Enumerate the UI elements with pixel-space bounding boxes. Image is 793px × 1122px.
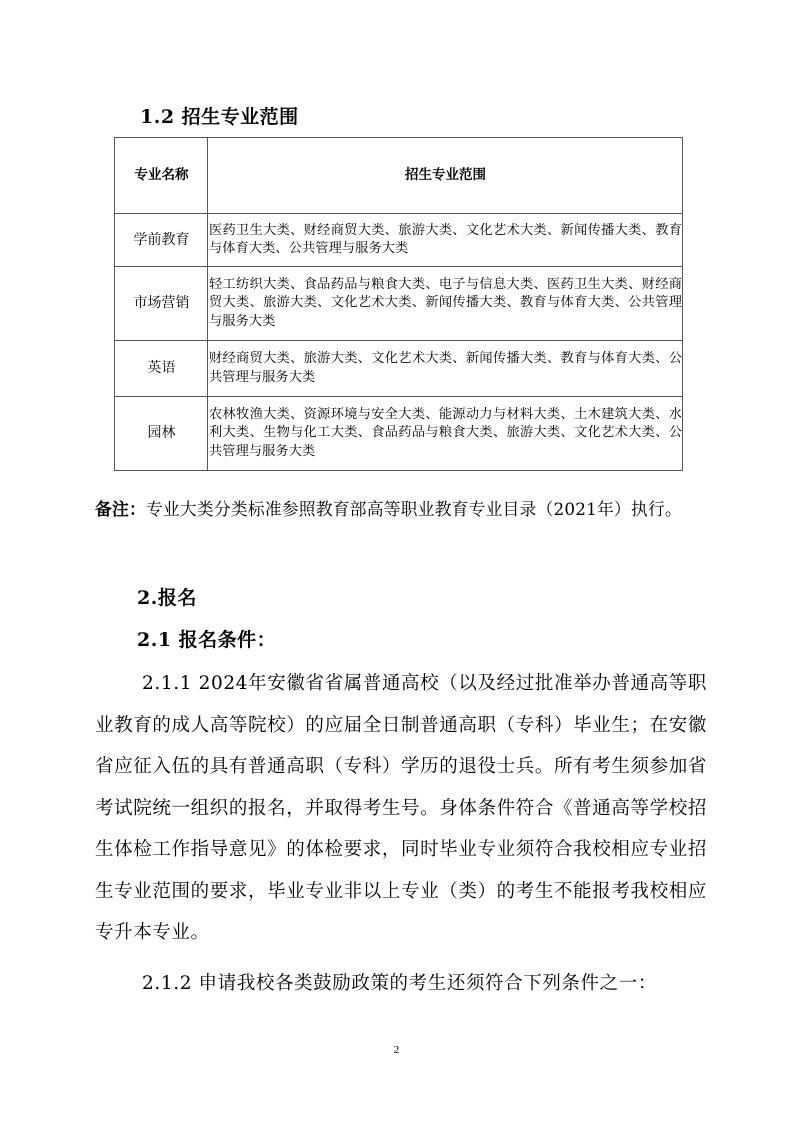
scope-cell: 医药卫生大类、财经商贸大类、旅游大类、文化艺术大类、新闻传播大类、教育与体育大类… <box>208 214 683 267</box>
table-row: 学前教育 医药卫生大类、财经商贸大类、旅游大类、文化艺术大类、新闻传播大类、教育… <box>115 214 683 267</box>
table-header-row: 专业名称 招生专业范围 <box>115 138 683 214</box>
scope-cell: 农林牧渔大类、资源环境与安全大类、能源动力与材料大类、土木建筑大类、水利大类、生… <box>208 397 683 471</box>
major-name-cell: 英语 <box>115 341 208 397</box>
paragraph-2-1-1: 2.1.1 2024年安徽省省属普通高校（以及经过批准举办普通高等职业教育的成人… <box>95 663 707 954</box>
table-row: 市场营销 轻工纺织大类、食品药品与粮食大类、电子与信息大类、医药卫生大类、财经商… <box>115 267 683 341</box>
enrollment-scope-table: 专业名称 招生专业范围 学前教育 医药卫生大类、财经商贸大类、旅游大类、文化艺术… <box>114 137 683 471</box>
section-heading-1-2: 1.2 招生专业范围 <box>140 102 299 129</box>
header-major-name: 专业名称 <box>115 138 208 214</box>
page-number: 2 <box>0 1044 793 1056</box>
table-row: 英语 财经商贸大类、旅游大类、文化艺术大类、新闻传播大类、教育与体育大类、公共管… <box>115 341 683 397</box>
scope-cell: 财经商贸大类、旅游大类、文化艺术大类、新闻传播大类、教育与体育大类、公共管理与服… <box>208 341 683 397</box>
note-label: 备注： <box>95 499 146 519</box>
section-heading-2: 2.报名 <box>137 583 197 610</box>
table-row: 园林 农林牧渔大类、资源环境与安全大类、能源动力与材料大类、土木建筑大类、水利大… <box>115 397 683 471</box>
table-note: 备注：专业大类分类标准参照教育部高等职业教育专业目录（2021年）执行。 <box>95 489 707 529</box>
major-name-cell: 学前教育 <box>115 214 208 267</box>
paragraph-2-1-2: 2.1.2 申请我校各类鼓励政策的考生还须符合下列条件之一： <box>95 963 707 1005</box>
note-text: 专业大类分类标准参照教育部高等职业教育专业目录（2021年）执行。 <box>146 499 682 519</box>
major-name-cell: 园林 <box>115 397 208 471</box>
scope-cell: 轻工纺织大类、食品药品与粮食大类、电子与信息大类、医药卫生大类、财经商贸大类、旅… <box>208 267 683 341</box>
major-name-cell: 市场营销 <box>115 267 208 341</box>
section-heading-2-1: 2.1 报名条件： <box>137 625 276 652</box>
header-enrollment-scope: 招生专业范围 <box>208 138 683 214</box>
